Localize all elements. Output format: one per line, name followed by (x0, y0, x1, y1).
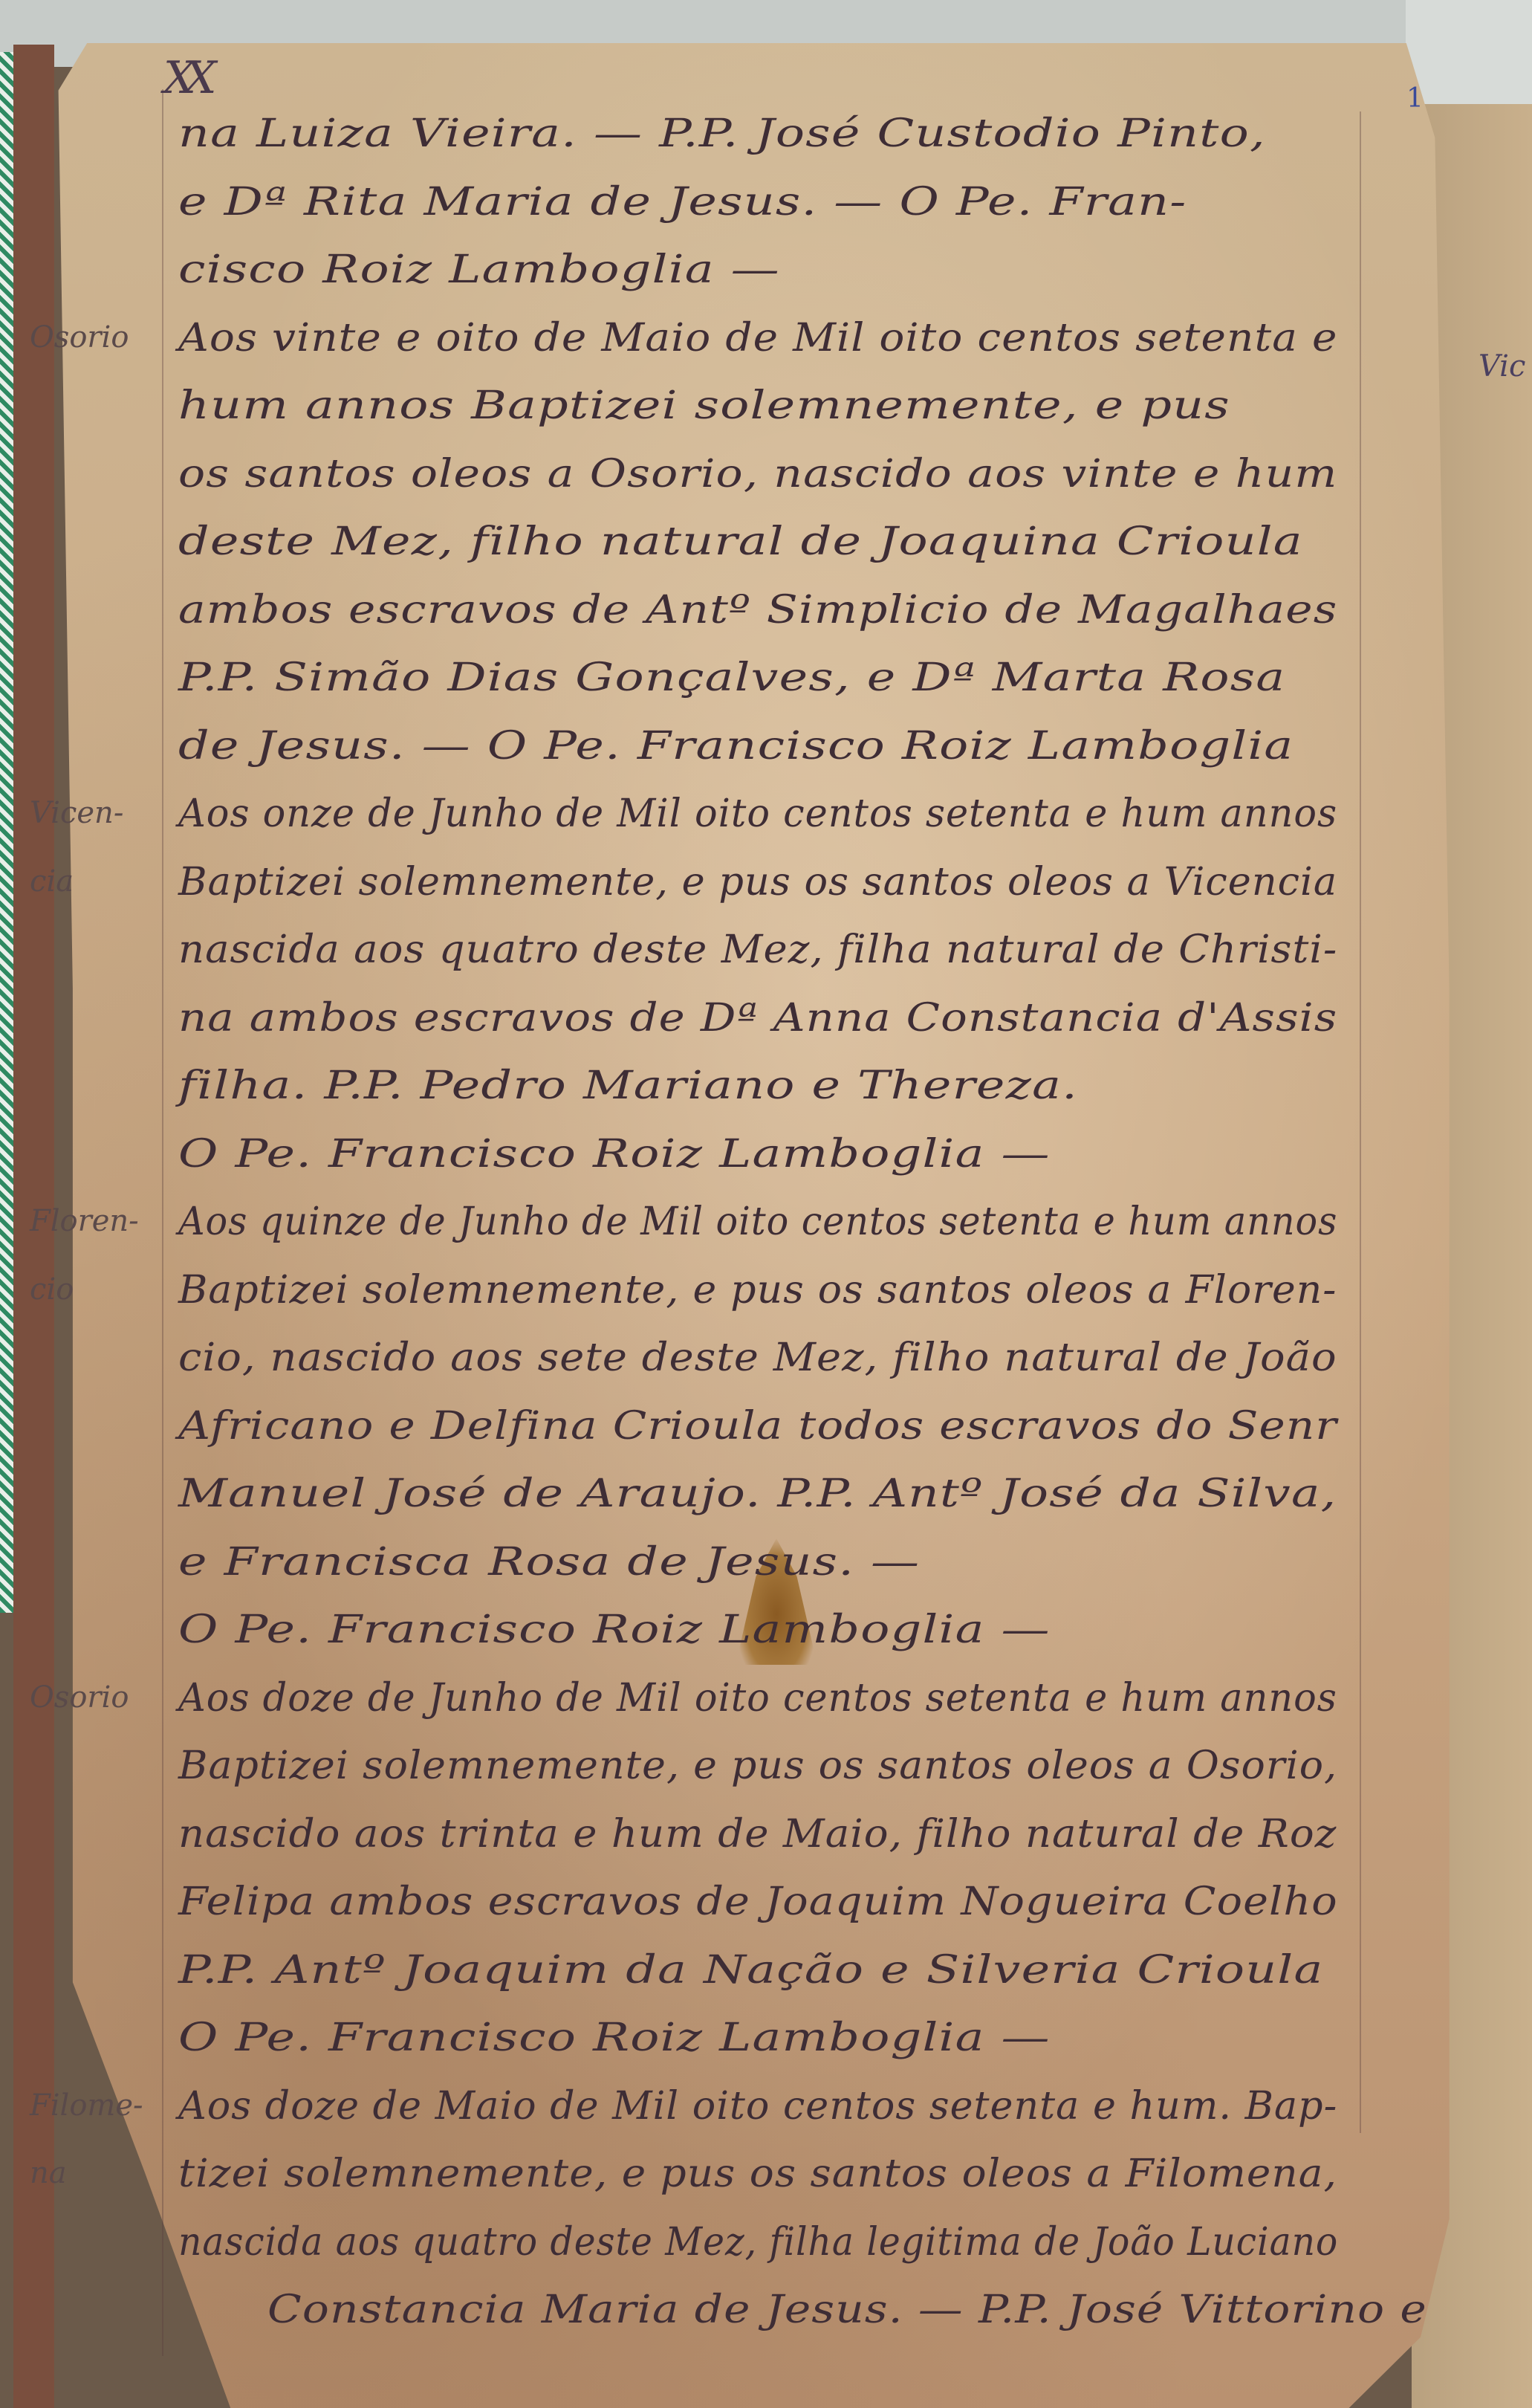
text-line: de Jesus. — O Pe. Francisco Roiz Lambogl… (178, 724, 1294, 768)
text-line: hum annos Baptizei solemnemente, e pus (178, 383, 1230, 428)
text-line: O Pe. Francisco Roiz Lamboglia — (178, 1132, 1051, 1177)
margin-name: cio (30, 1272, 74, 1307)
text-line: Baptizei solemnemente, e pus os santos o… (178, 860, 1337, 904)
page-number: 1 (1406, 83, 1424, 114)
margin-name: Osorio (30, 320, 129, 355)
text-line: P.P. Antº Joaquim da Nação e Silveria Cr… (178, 1948, 1323, 1993)
text-line: deste Mez, filho natural de Joaquina Cri… (178, 520, 1303, 564)
text-line: Aos quinze de Junho de Mil oito centos s… (178, 1200, 1337, 1244)
text-line: na Luiza Vieira. — P.P. José Custodio Pi… (178, 111, 1266, 156)
margin-name: Floren- (30, 1204, 139, 1238)
text-line: P.P. Simão Dias Gonçalves, e Dª Marta Ro… (178, 656, 1285, 700)
text-line: tizei solemnemente, e pus os santos oleo… (178, 2152, 1337, 2196)
adjacent-page-fragment: Vic (1479, 349, 1525, 383)
text-line: Felipa ambos escravos de Joaquim Nogueir… (178, 1880, 1338, 1924)
text-line: filha. P.P. Pedro Mariano e Thereza. (178, 1064, 1078, 1108)
text-line: nascida aos quatro deste Mez, filha legi… (178, 2220, 1338, 2265)
text-line: ambos escravos de Antº Simplicio de Maga… (178, 588, 1337, 632)
text-line: Constancia Maria de Jesus. — P.P. José V… (267, 2288, 1427, 2332)
text-line: Aos doze de Junho de Mil oito centos set… (178, 1676, 1337, 1721)
text-line: e Dª Rita Maria de Jesus. — O Pe. Fran- (178, 180, 1187, 224)
text-line: Africano e Delfina Crioula todos escravo… (178, 1404, 1337, 1449)
text-line: Aos doze de Maio de Mil oito centos sete… (178, 2084, 1337, 2129)
margin-rule-left (162, 89, 163, 2356)
text-line: Manuel José de Araujo. P.P. Antº José da… (178, 1472, 1337, 1516)
text-line: nascida aos quatro deste Mez, filha natu… (178, 928, 1337, 972)
text-line: cisco Roiz Lamboglia — (178, 247, 780, 292)
corner-mark: XX (163, 52, 206, 104)
text-line: Baptizei solemnemente, e pus os santos o… (178, 1744, 1337, 1788)
margin-name: Osorio (30, 1680, 129, 1715)
margin-name: cia (30, 864, 74, 899)
text-line: nascido aos trinta e hum de Maio, filho … (178, 1812, 1337, 1857)
text-line: Aos vinte e oito de Maio de Mil oito cen… (178, 316, 1338, 360)
text-line: Baptizei solemnemente, e pus os santos o… (178, 1268, 1337, 1313)
text-line: O Pe. Francisco Roiz Lamboglia — (178, 1608, 1051, 1652)
text-line: cio, nascido aos sete deste Mez, filho n… (178, 1336, 1337, 1380)
text-line: O Pe. Francisco Roiz Lamboglia — (178, 2016, 1051, 2060)
text-line: e Francisca Rosa de Jesus. — (178, 1540, 920, 1585)
text-line: Aos onze de Junho de Mil oito centos set… (178, 792, 1337, 836)
margin-name: Vicen- (30, 796, 123, 830)
text-line: os santos oleos a Osorio, nascido aos vi… (178, 452, 1337, 496)
margin-name: Filome- (30, 2088, 143, 2123)
margin-name: na (30, 2156, 67, 2190)
margin-rule-right (1360, 111, 1361, 2133)
text-line: na ambos escravos de Dª Anna Constancia … (178, 996, 1337, 1040)
